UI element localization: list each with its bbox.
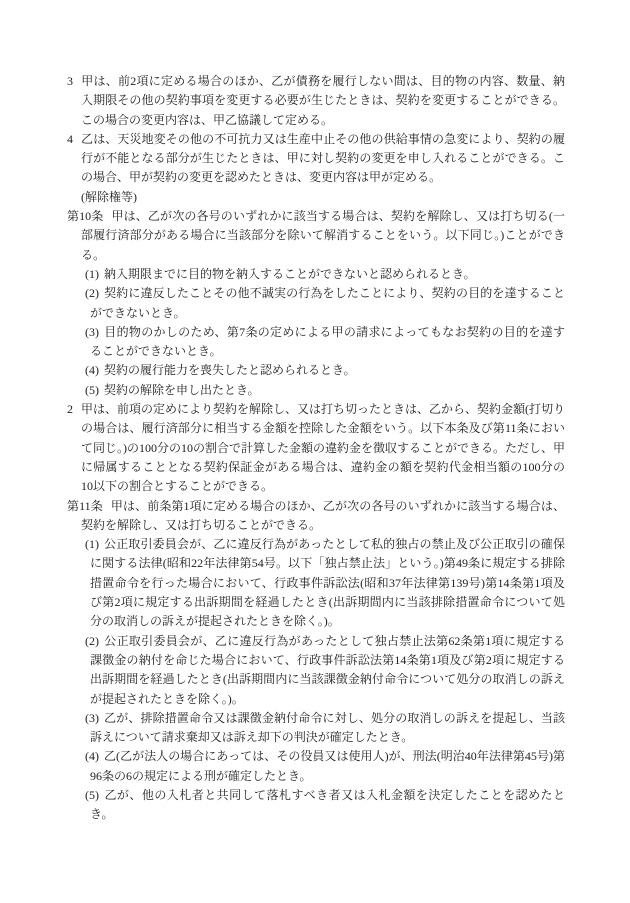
item-text: 目的物のかしのため、第7条の定めによる甲の請求によってもなお契約の目的を達するこ… bbox=[90, 325, 565, 358]
article-11-item-4: (4)乙(乙が法人の場合にあっては、その役員又は使用人)が、刑法(明治40年法律… bbox=[67, 747, 565, 786]
heading-text: (解除権等) bbox=[81, 190, 137, 204]
item-text: 契約に違反したことその他不誠実の行為をしたことにより、契約の目的を達することがで… bbox=[90, 286, 565, 319]
item-text: 公正取引委員会が、乙に違反行為があったとして私的独占の禁止及び公正取引の確保に関… bbox=[90, 537, 565, 628]
article-text: 甲は、乙が次の各号のいずれかに該当する場合は、契約を解除し、又は打ち切る(一部履… bbox=[81, 209, 565, 262]
item-text: 契約の解除を申し出たとき。 bbox=[104, 383, 260, 397]
clause-text: 甲は、前項の定めにより契約を解除し、又は打ち切ったときは、乙から、契約金額(打切… bbox=[81, 402, 565, 493]
section-heading-cancellation-rights: (解除権等) bbox=[67, 188, 565, 207]
item-text: 公正取引委員会が、乙に違反行為があったとして独占禁止法第62条第1項に規定する課… bbox=[90, 634, 565, 706]
item-number: (4) bbox=[85, 363, 99, 377]
item-number: (5) bbox=[85, 788, 99, 802]
article-11-item-2: (2)公正取引委員会が、乙に違反行為があったとして独占禁止法第62条第1項に規定… bbox=[67, 632, 565, 709]
item-number: (1) bbox=[85, 537, 99, 551]
clause-text: 乙は、天災地変その他の不可抗力又は生産中止その他の供給事情の急変により、契約の履… bbox=[81, 132, 565, 185]
clause-paragraph-3: 3甲は、前2項に定める場合のほか、乙が債務を履行しない間は、目的物の内容、数量、… bbox=[67, 72, 565, 130]
item-text: 乙が、排除措置命令又は課徴金納付命令に対し、処分の取消しの訴えを提起し、当該訴え… bbox=[90, 711, 565, 744]
item-number: (2) bbox=[85, 634, 99, 648]
item-text: 乙(乙が法人の場合にあっては、その役員又は使用人)が、刑法(明治40年法律第45… bbox=[90, 749, 565, 782]
item-number: (4) bbox=[85, 749, 99, 763]
article-10-item-4: (4)契約の履行能力を喪失したと認められるとき。 bbox=[67, 361, 565, 380]
item-text: 乙が、他の入札者と共同して落札すべき者又は入札金額を決定したことを認めたとき。 bbox=[90, 788, 565, 821]
item-number: (1) bbox=[85, 267, 99, 281]
clause-paragraph-4: 4乙は、天災地変その他の不可抗力又は生産中止その他の供給事情の急変により、契約の… bbox=[67, 130, 565, 188]
article-10: 第10条甲は、乙が次の各号のいずれかに該当する場合は、契約を解除し、又は打ち切る… bbox=[67, 207, 565, 265]
item-text: 契約の履行能力を喪失したと認められるとき。 bbox=[104, 363, 356, 377]
article-10-item-1: (1)納入期限までに目的物を納入することができないと認められるとき。 bbox=[67, 265, 565, 284]
article-text: 甲は、前条第1項に定める場合のほか、乙が次の各号のいずれかに該当する場合は、契約… bbox=[81, 499, 565, 532]
clause-number: 2 bbox=[67, 402, 73, 416]
article-10-item-5: (5)契約の解除を申し出たとき。 bbox=[67, 381, 565, 400]
clause-text: 甲は、前2項に定める場合のほか、乙が債務を履行しない間は、目的物の内容、数量、納… bbox=[81, 74, 565, 127]
article-10-item-3: (3)目的物のかしのため、第7条の定めによる甲の請求によってもなお契約の目的を達… bbox=[67, 323, 565, 362]
clause-number: 4 bbox=[67, 132, 73, 146]
clause-number: 3 bbox=[67, 74, 73, 88]
item-number: (3) bbox=[85, 325, 99, 339]
article-11: 第11条甲は、前条第1項に定める場合のほか、乙が次の各号のいずれかに該当する場合… bbox=[67, 497, 565, 536]
item-text: 納入期限までに目的物を納入することができないと認められるとき。 bbox=[104, 267, 476, 281]
contract-text-block: 3甲は、前2項に定める場合のほか、乙が債務を履行しない間は、目的物の内容、数量、… bbox=[67, 72, 565, 825]
article-10-item-2: (2)契約に違反したことその他不誠実の行為をしたことにより、契約の目的を達するこ… bbox=[67, 284, 565, 323]
article-11-item-1: (1)公正取引委員会が、乙に違反行為があったとして私的独占の禁止及び公正取引の確… bbox=[67, 535, 565, 631]
article-10-paragraph-2: 2甲は、前項の定めにより契約を解除し、又は打ち切ったときは、乙から、契約金額(打… bbox=[67, 400, 565, 496]
article-number: 第10条 bbox=[67, 209, 103, 223]
document-sheet: 3甲は、前2項に定める場合のほか、乙が債務を履行しない間は、目的物の内容、数量、… bbox=[0, 0, 630, 903]
article-11-item-5: (5)乙が、他の入札者と共同して落札すべき者又は入札金額を決定したことを認めたと… bbox=[67, 786, 565, 825]
article-number: 第11条 bbox=[67, 499, 103, 513]
item-number: (5) bbox=[85, 383, 99, 397]
item-number: (3) bbox=[85, 711, 99, 725]
article-11-item-3: (3)乙が、排除措置命令又は課徴金納付命令に対し、処分の取消しの訴えを提起し、当… bbox=[67, 709, 565, 748]
item-number: (2) bbox=[85, 286, 99, 300]
